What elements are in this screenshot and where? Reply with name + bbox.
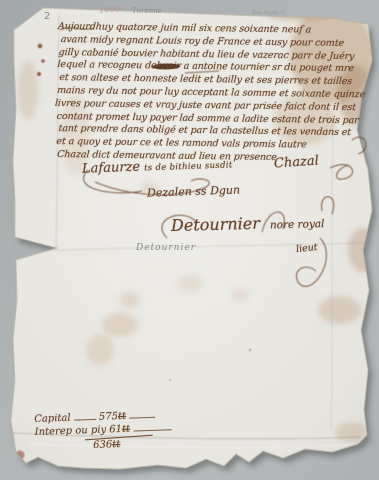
manuscript-scan: Aujourdhuy quatorze juin mil six cens so… (0, 0, 379, 480)
pencil-year-note: 1669 (99, 4, 121, 15)
total-value: 636 (93, 439, 112, 451)
livre-sign: tt (122, 424, 130, 435)
manuscript-body: Aujourdhuy quatorze juin mil six cens so… (56, 21, 362, 166)
notary-title: nore royal (270, 218, 325, 231)
leader-line (129, 410, 155, 419)
signature-name: Detournier (171, 214, 260, 235)
pencil-corner-note: Ross Reyne 23 (252, 11, 285, 16)
signature-name: Lafaurze (82, 160, 141, 177)
livre-sign: tt (118, 411, 126, 422)
signature-chazal: Chazal (274, 153, 320, 171)
account-value: 61 (109, 424, 122, 435)
pencil-word-note: Turenne (132, 7, 162, 15)
account-label: Interep ou piy (34, 424, 106, 437)
signature-detournier: Detourniernore royal (171, 212, 325, 235)
pencil-page-number: 2 (44, 11, 50, 22)
signature-qualifier: ts de bithieu susdit (144, 160, 233, 173)
account-value: 575 (99, 411, 118, 423)
livre-sign: tt (112, 439, 120, 450)
leader-line (133, 422, 171, 431)
notary-subscript: lieut (295, 242, 318, 255)
accounting-block: Capital 575tt Interep ou piy 61tt 636tt (34, 408, 172, 454)
leader-line (74, 412, 96, 421)
pencil-name-note: Detournier (136, 243, 196, 253)
account-label: Capital (34, 413, 71, 425)
